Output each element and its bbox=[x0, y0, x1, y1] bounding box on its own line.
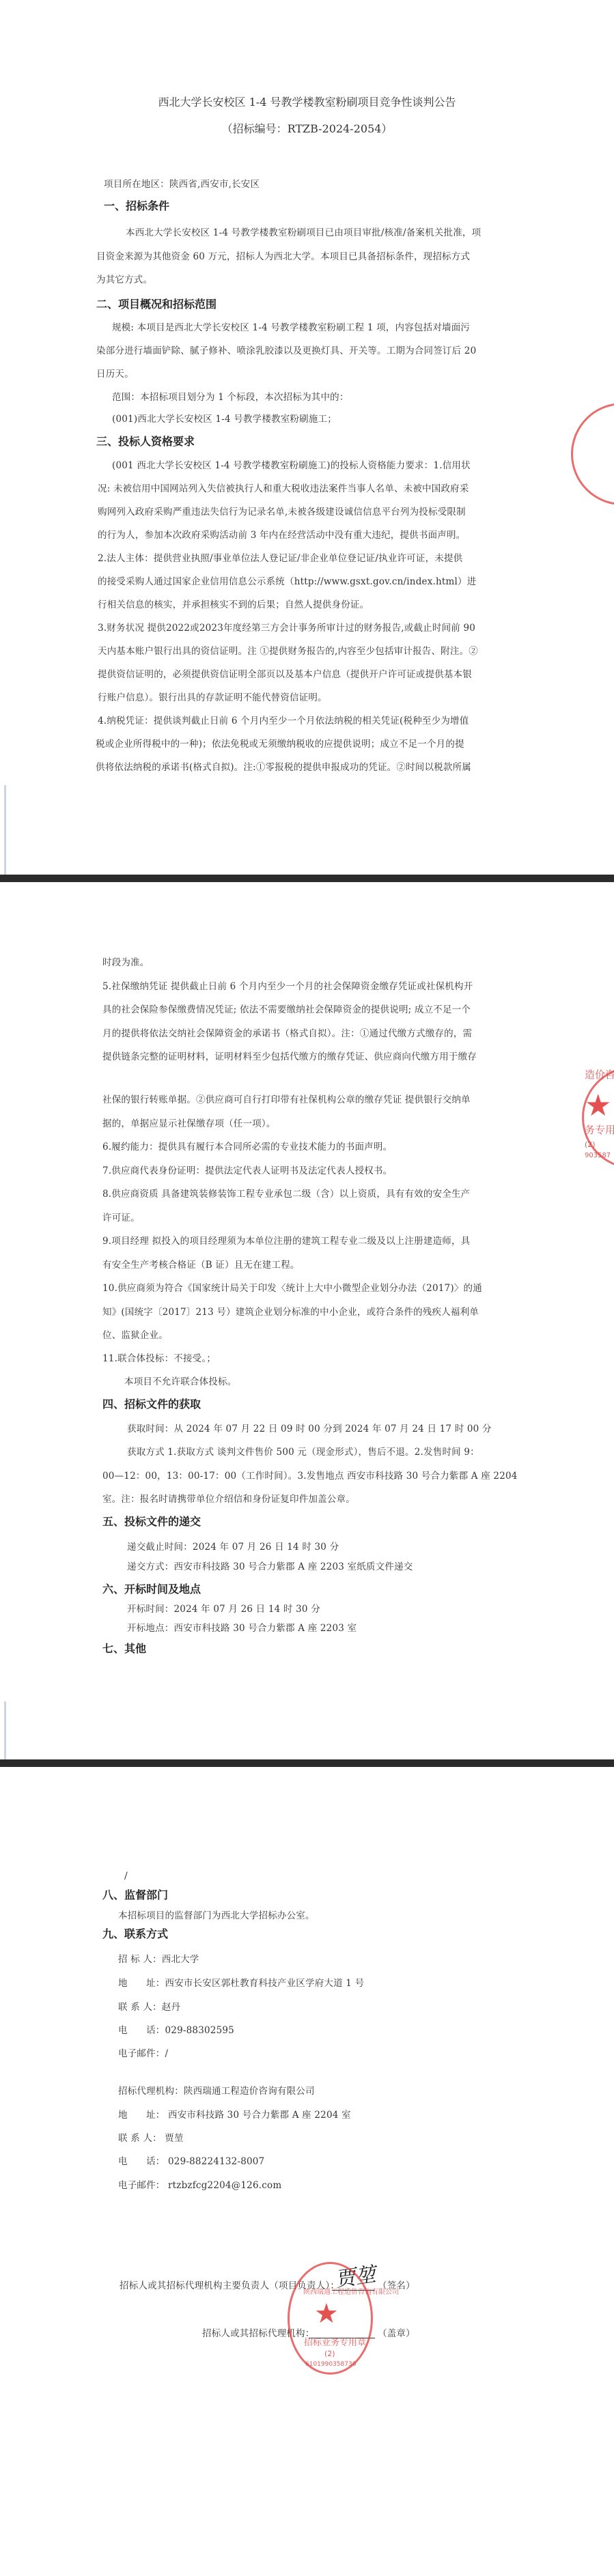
s3-line: 的接受采购人通过国家企业信用信息公示系统（http://www.gsxt.gov… bbox=[98, 574, 476, 587]
s3-line: 7.供应商代表身份证明：提供法定代表人证明书及法定代表人授权书。 bbox=[102, 1163, 392, 1176]
s3-line: 天内基本账户银行出具的资信证明。注 ①提供财务报告的,内容至少包括审计报告、附注… bbox=[98, 643, 478, 657]
s8-line: 本招标项目的监督部门为西北大学招标办公室。 bbox=[118, 1908, 315, 1921]
section-5-heading: 五、投标文件的递交 bbox=[102, 1513, 201, 1529]
tenderer-address: 地 址：西安市长安区郭杜教育科技产业区学府大道 1 号 bbox=[118, 1975, 364, 1989]
project-location: 项目所在地区：陕西省,西安市,长安区 bbox=[104, 176, 260, 190]
s6-line: 开标地点：西安市科技路 30 号合力紫郡 A 座 2203 室 bbox=[127, 1620, 357, 1634]
seal-star-icon: ★ bbox=[314, 2298, 339, 2330]
seal-text: 务专用 bbox=[585, 1122, 614, 1137]
section-4-heading: 四、招标文件的获取 bbox=[102, 1396, 201, 1411]
s3-line: 11.联合体投标：不接受。； bbox=[102, 1350, 216, 1364]
s3-line: 9.项目经理 拟投入的项目经理须为本单位注册的建筑工程专业二级及以上注册建造师，… bbox=[102, 1233, 470, 1247]
s3-line: 10.供应商须为符合《国家统计局关于印发〈统计上大中小微型企业划分办法（2017… bbox=[102, 1280, 482, 1294]
section-6-heading: 六、开标时间及地点 bbox=[102, 1581, 201, 1596]
s2-line: 规模: 本项目是西北大学长安校区 1-4 号教学楼教室粉刷工程 1 项，内容包括… bbox=[112, 320, 470, 333]
agency-phone: 电 话： 029-88224132-8007 bbox=[118, 2153, 264, 2167]
s3-line: 社保的银行转账单据。②供应商可自行打印带有社保机构公章的缴存凭证 提供银行交纳单 bbox=[102, 1092, 471, 1105]
s3-line: 行相关信息的核实，并承担核实不到的后果；自然人提供身份证。 bbox=[98, 597, 369, 610]
seal-code: 903587 bbox=[585, 1152, 611, 1159]
s3-line: 8.供应商资质 具备建筑装修装饰工程专业承包二级（含）以上资质，具有有效的安全生… bbox=[102, 1186, 470, 1200]
seal-suffix: （盖章） bbox=[378, 2325, 415, 2339]
s3-line: 4.纳税凭证：提供谈判截止日前 6 个月内至少一个月依法纳税的相关凭证(税种至少… bbox=[98, 713, 469, 726]
section-8-heading: 八、监督部门 bbox=[102, 1886, 168, 1902]
seal-text: 陕西瑞通工程造价咨询有限公司 bbox=[610, 370, 614, 511]
s3-line: 况: 未被信用中国网站列入失信被执行人和重大税收违法案件当事人名单、未被中国政府… bbox=[98, 481, 469, 494]
s3-line: 有安全生产考核合格证（B 证）且无在建工程。 bbox=[102, 1257, 300, 1271]
s3-line: 本项目不允许联合体投标。 bbox=[124, 1374, 236, 1387]
tenderer-email: 电子邮件：/ bbox=[118, 2046, 168, 2059]
s3-line: 据的，单据应显示社保缴存项（任一项）。 bbox=[102, 1116, 276, 1129]
page-1: 西北大学长安校区 1-4 号教学楼教室粉刷项目竞争性谈判公告 （招标编号：RTZ… bbox=[0, 0, 614, 875]
page-separator bbox=[0, 1759, 614, 1767]
s3-line: 提供链条完整的证明材料，证明材料至少包括代缴方的缴存凭证、供应商向代缴方用于缴存 bbox=[102, 1049, 477, 1062]
s3-line: 具的社会保险参保缴费情况凭证; 依法不需要缴纳社会保障资金的提供说明; 成立不足… bbox=[102, 1002, 471, 1015]
s3-line: 3.财务状况 提供2022或2023年度经第三方会计事务所审计过的财务报告,或截… bbox=[98, 620, 475, 634]
page-2: 时段为准。 5.社保缴纳凭证 提供截止日前 6 个月内至少一个月的社会保障资金缴… bbox=[0, 882, 614, 1759]
s2-line: 日历天。 bbox=[96, 366, 134, 380]
page-3: / 八、监督部门 本招标项目的监督部门为西北大学招标办公室。 九、联系方式 招 … bbox=[0, 1767, 614, 2576]
s3-line: 时段为准。 bbox=[102, 954, 150, 968]
s3-line: (001 西北大学长安校区 1-4 号教学楼教室粉刷施工)的投标人资格能力要求：… bbox=[112, 457, 471, 471]
s5-line: 递交截止时间：2024 年 07 月 26 日 14 时 30 分 bbox=[127, 1539, 339, 1553]
s6-line: 开标时间：2024 年 07 月 26 日 14 时 30 分 bbox=[127, 1601, 320, 1615]
scan-edge bbox=[4, 1701, 6, 1759]
s3-line: 位、监狱企业。 bbox=[102, 1327, 168, 1341]
s3-line: 知》(国统字〔2017〕213 号）建筑企业划分标准的中小企业，或符合条件的残疾… bbox=[102, 1304, 479, 1318]
s4-line: 获取时间：从 2024 年 07 月 22 日 09 时 00 分到 2024 … bbox=[127, 1421, 492, 1434]
section-1-heading: 一、招标条件 bbox=[104, 197, 169, 213]
s1-line: 本西北大学长安校区 1-4 号教学楼教室粉刷项目已由项目审批/核准/备案机关批准… bbox=[126, 225, 481, 238]
s5-line: 递交方式：西安市科技路 30 号合力紫郡 A 座 2203 室纸质文件递交 bbox=[127, 1559, 413, 1572]
seal-index: (2) bbox=[324, 2349, 335, 2358]
s2-line: 染部分进行墙面铲除、腻子修补、喷涂乳胶漆以及更换灯具、开关等。工期为合同签订后 … bbox=[96, 343, 476, 356]
s3-line: 行账户信息）。银行出具的存款证明不能代替资信证明。 bbox=[98, 690, 327, 703]
s4-line: 室。注：报名时请携带单位介绍信和身份证复印件加盖公章。 bbox=[102, 1491, 355, 1505]
section-7-heading: 七、其他 bbox=[102, 1640, 146, 1656]
agency-name: 招标代理机构：陕西瑞通工程造价咨询有限公司 bbox=[118, 2083, 315, 2097]
seal-company: 陕西瑞通工程造价咨询有限公司 bbox=[303, 2286, 399, 2296]
seal-star-icon: ★ bbox=[585, 1088, 611, 1123]
s1-line: 目资金来源为其他资金 60 万元，招标人为西北大学。本项目已具备招标条件，现招标… bbox=[96, 249, 470, 262]
tenderer-contact: 联 系 人：赵丹 bbox=[118, 1999, 180, 2013]
slash-mark: / bbox=[124, 1871, 128, 1882]
company-seal-partial: 陕西瑞通工程造价咨询有限公司 bbox=[571, 403, 614, 505]
scan-edge bbox=[4, 785, 6, 875]
s4-line: 00—12：00，13：00-17：00（工作时间）。3.发售地点 西安市科技路… bbox=[102, 1468, 518, 1482]
s3-line: 的行为人，参加本次政府采购活动前 3 年内在经营活动中没有重大违纪，提供书面声明… bbox=[98, 527, 465, 541]
s3-line: 提供资信证明的，必须提供资信证明全部页以及基本户信息（提供开户许可证或提供基本银 bbox=[98, 666, 472, 680]
agency-address: 地 址： 西安市科技路 30 号合力紫郡 A 座 2204 室 bbox=[118, 2107, 351, 2121]
page-separator bbox=[0, 875, 614, 882]
s4-line: 获取方式 1.获取方式 谈判文件售价 500 元（现金形式），售后不退。2.发售… bbox=[127, 1444, 479, 1458]
section-9-heading: 九、联系方式 bbox=[102, 1925, 168, 1941]
s1-line: 为其它方式。 bbox=[96, 272, 152, 285]
seal-purpose: 招标业务专用章 bbox=[304, 2335, 366, 2348]
s3-line: 月的提供将依法交纳社会保障资金的承诺书（格式自拟）。注：①通过代缴方式缴存的，需 bbox=[102, 1025, 472, 1039]
seal-text: 造价咨 bbox=[585, 1067, 614, 1081]
document-title: 西北大学长安校区 1-4 号教学楼教室粉刷项目竞争性谈判公告 bbox=[0, 94, 614, 109]
bid-number: （招标编号：RTZB-2024-2054） bbox=[0, 120, 614, 136]
s3-line: 2.法人主体：提供营业执照/事业单位法人登记证/非企业单位登记证/执业许可证，未… bbox=[98, 550, 462, 564]
s2-line: 范围：本招标项目划分为 1 个标段，本次招标为其中的： bbox=[112, 389, 349, 403]
s3-line: 许可证。 bbox=[102, 1210, 140, 1223]
s3-line: 5.社保缴纳凭证 提供截止日前 6 个月内至少一个月的社会保障资金缴存凭证或社保… bbox=[102, 978, 473, 992]
section-2-heading: 二、项目概况和招标范围 bbox=[96, 296, 217, 311]
s2-line: (001)西北大学长安校区 1-4 号教学楼教室粉刷施工； bbox=[112, 411, 337, 425]
s3-line: 6.履约能力：提供具有履行本合同所必需的专业技术能力的书面声明。 bbox=[102, 1139, 392, 1152]
seal-index: (2) bbox=[585, 1140, 596, 1149]
tenderer-name: 招 标 人：西北大学 bbox=[118, 1951, 199, 1965]
agency-contact: 联 系 人： 贾堃 bbox=[118, 2130, 184, 2144]
s3-line: 购网列入政府采购严重违法失信行为记录名单,未被各级建设诚信信息平台列为投标受限制 bbox=[98, 504, 466, 518]
s3-line: 供将依法纳税的承诺书(格式自拟)。注:①零报税的提供申报成功的凭证。②时间以税款… bbox=[96, 759, 471, 773]
tenderer-phone: 电 话：029-88302595 bbox=[118, 2022, 234, 2036]
s3-line: 税或企业所得税中的一种)；依法免税或无须缴纳税收的应提供说明；成立不足一个月的提 bbox=[96, 736, 464, 750]
seal-code: 6101990358736 bbox=[305, 2361, 356, 2368]
agency-email: 电子邮件： rtzbzfcg2204@126.com bbox=[118, 2177, 281, 2191]
section-3-heading: 三、投标人资格要求 bbox=[96, 433, 195, 449]
